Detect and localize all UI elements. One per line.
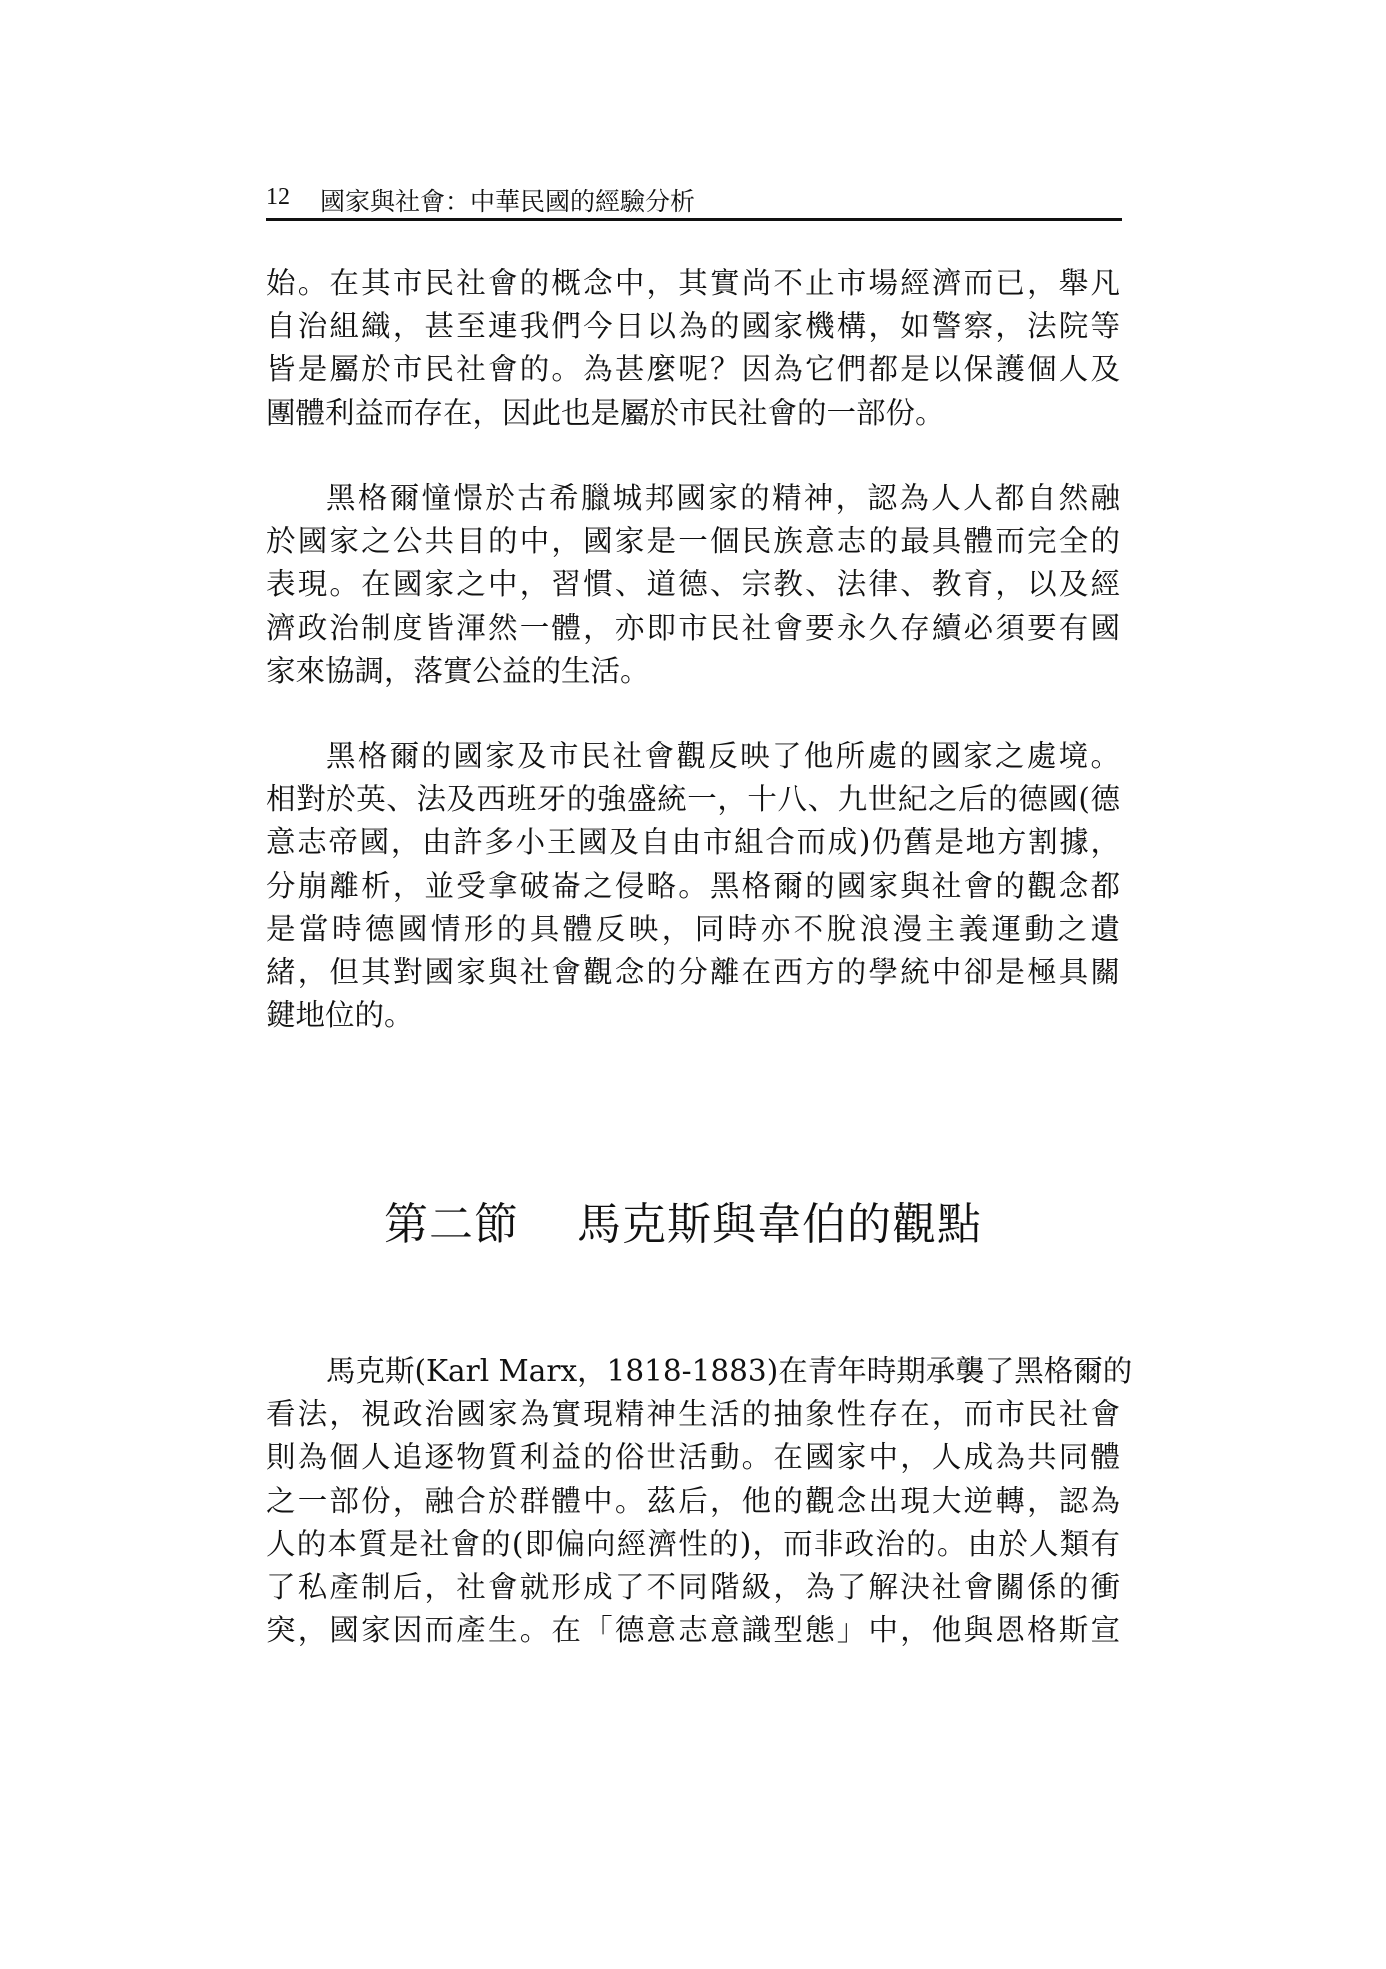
paragraph-3: 黑格爾的國家及市民社會觀反映了他所處的國家之處境。 相對於英、法及西班牙的強盛統… (266, 735, 1120, 1037)
text-line: 馬克斯(Karl Marx，1818-1883)在青年時期承襲了黑格爾的 (266, 1350, 1120, 1393)
text-line: 了私產制后，社會就形成了不同階級，為了解決社會關係的衝 (266, 1566, 1120, 1609)
running-title: 國家與社會：中華民國的經驗分析 (320, 182, 695, 218)
text-line: 看法，視政治國家為實現精神生活的抽象性存在，而市民社會 (266, 1393, 1120, 1436)
text-line: 突，國家因而產生。在「德意志意識型態」中，他與恩格斯宣 (266, 1609, 1120, 1652)
paragraph-2: 黑格爾憧憬於古希臘城邦國家的精神，認為人人都自然融 於國家之公共目的中，國家是一… (266, 477, 1120, 693)
running-header: 12 國家與社會：中華民國的經驗分析 (266, 180, 1122, 220)
text-line: 緒，但其對國家與社會觀念的分離在西方的學統中卻是極具關 (266, 951, 1120, 994)
section-number: 第二節 (384, 1199, 519, 1250)
text-line: 皆是屬於市民社會的。為甚麼呢？因為它們都是以保護個人及 (266, 348, 1120, 391)
header-rule (266, 218, 1122, 221)
section-title: 馬克斯與韋伯的觀點 (577, 1199, 982, 1250)
text-line: 相對於英、法及西班牙的強盛統一，十八、九世紀之后的德國(德 (266, 778, 1120, 821)
text-line: 則為個人追逐物質利益的俗世活動。在國家中，人成為共同體 (266, 1436, 1120, 1479)
text-line: 鍵地位的。 (266, 994, 1120, 1037)
page-number: 12 (266, 184, 290, 211)
text-line: 黑格爾憧憬於古希臘城邦國家的精神，認為人人都自然融 (266, 477, 1120, 520)
text-line: 家來協調，落實公益的生活。 (266, 650, 1120, 693)
text-line: 始。在其市民社會的概念中，其實尚不止市場經濟而已，舉凡 (266, 262, 1120, 305)
text-line: 自治組織，甚至連我們今日以為的國家機構，如警察，法院等 (266, 305, 1120, 348)
text-line: 之一部份，融合於群體中。茲后，他的觀念出現大逆轉，認為 (266, 1480, 1120, 1523)
text-line: 表現。在國家之中，習慣、道德、宗教、法律、教育，以及經 (266, 563, 1120, 606)
text-line: 濟政治制度皆渾然一體，亦即市民社會要永久存續必須要有國 (266, 607, 1120, 650)
text-line: 人的本質是社會的(即偏向經濟性的)，而非政治的。由於人類有 (266, 1523, 1120, 1566)
paragraph-4: 馬克斯(Karl Marx，1818-1883)在青年時期承襲了黑格爾的 看法，… (266, 1350, 1120, 1652)
section-heading: 第二節馬克斯與韋伯的觀點 (384, 1188, 982, 1252)
text-line: 於國家之公共目的中，國家是一個民族意志的最具體而完全的 (266, 520, 1120, 563)
text-line: 黑格爾的國家及市民社會觀反映了他所處的國家之處境。 (266, 735, 1120, 778)
text-line: 意志帝國，由許多小王國及自由市組合而成)仍舊是地方割據， (266, 821, 1120, 864)
paragraph-1: 始。在其市民社會的概念中，其實尚不止市場經濟而已，舉凡 自治組織，甚至連我們今日… (266, 262, 1120, 435)
text-line: 是當時德國情形的具體反映，同時亦不脫浪漫主義運動之遺 (266, 908, 1120, 951)
text-line: 分崩離析，並受拿破崙之侵略。黑格爾的國家與社會的觀念都 (266, 865, 1120, 908)
text-line: 團體利益而存在，因此也是屬於市民社會的一部份。 (266, 392, 1120, 435)
